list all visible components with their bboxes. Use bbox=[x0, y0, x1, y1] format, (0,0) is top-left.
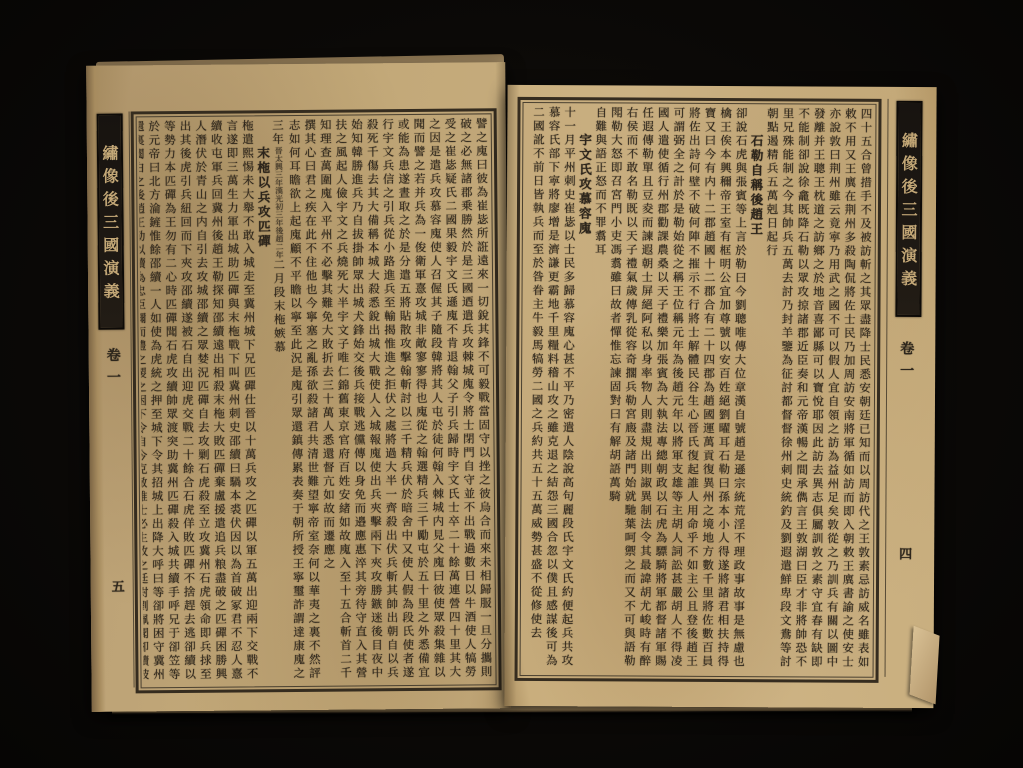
left-text-columns: 譬之廆曰彼為崔毖所誑遠來一切銳其鋒不可毅戰當固守以挫之彼烏合而來未相歸服一旦分攜… bbox=[139, 117, 494, 684]
right-text-frame: 四十五合曾措手不及被訪斬之其眾盡降士民悉安朝廷已知而以周訪代之王敦素忌訪威名雖表… bbox=[515, 97, 882, 683]
right-fold-strip: 繡像後三國演義 卷一 四 bbox=[885, 99, 925, 677]
right-page: 四十五合曾措手不及被訪斬之其眾盡降士民悉安朝廷已知而以周訪代之王敦素忌訪威名雖表… bbox=[504, 85, 936, 708]
text-column: 四十五合曾措手不及被訪斬之其眾盡降士民悉安朝廷已知而以周訪代之王敦素忌訪威名雖表… bbox=[855, 108, 874, 674]
folio-number: 五 bbox=[107, 580, 126, 593]
spine-title-label: 繡像後三國演義 bbox=[97, 114, 125, 330]
folio-number: 四 bbox=[894, 547, 913, 560]
right-text-columns: 四十五合曾措手不及被訪斬之其眾盡降士民悉安朝廷已知而以周訪代之王敦素忌訪威名雖表… bbox=[523, 106, 874, 674]
left-page: 繡像後三國演義 卷一 五 譬之廆曰彼為崔毖所誑遠來一切銳其鋒不可毅戰當固守以挫之… bbox=[86, 62, 511, 712]
volume-label: 卷一 bbox=[896, 341, 916, 385]
left-text-frame: 譬之廆曰彼為崔毖所誑遠來一切銳其鋒不可毅戰當固守以挫之彼烏合而來未相歸服一旦分攜… bbox=[131, 108, 502, 693]
left-fold-strip: 繡像後三國演義 卷一 五 bbox=[95, 111, 135, 687]
open-book-photograph: 繡像後三國演義 卷一 五 譬之廆曰彼為崔毖所誑遠來一切銳其鋒不可毅戰當固守以挫之… bbox=[0, 0, 1023, 768]
spine-title-label: 繡像後三國演義 bbox=[895, 101, 922, 317]
interlinear-note: 晉太興三年漢光初三年後趙二年 bbox=[274, 147, 284, 259]
volume-label: 卷一 bbox=[103, 348, 123, 392]
